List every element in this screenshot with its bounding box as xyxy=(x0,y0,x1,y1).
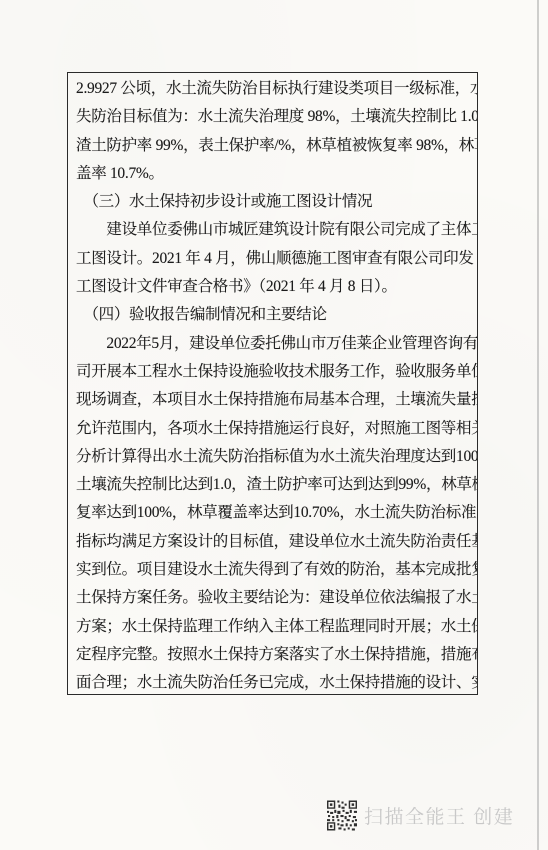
document-line: 土壤流失控制比达到1.0，渣土防护率可达到达到99%，林草植被恢 xyxy=(76,471,470,499)
document-line: 现场调查，本项目水土保持措施布局基本合理，土壤流失量控制在 xyxy=(76,386,470,414)
document-text-box: 2.9927 公顷，水土流失防治目标执行建设类项目一级标准，水土流 失防治目标值… xyxy=(67,72,478,695)
document-line: 司开展本工程水土保持设施验收技术服务工作，验收服务单位通过 xyxy=(76,358,470,386)
document-line: 盖率 10.7%。 xyxy=(76,160,470,188)
document-line: 工图设计。2021 年 4 月，佛山顺德施工图审查有限公司印发《施 xyxy=(76,245,470,273)
document-line: 复率达到100%，林草覆盖率达到10.70%，水土流失防治标准六项 xyxy=(76,499,470,527)
document-line: 分析计算得出水土流失防治指标值为水土流失治理度达到100%， xyxy=(76,443,470,471)
scanned-document-page: 2.9927 公顷，水土流失防治目标执行建设类项目一级标准，水土流 失防治目标值… xyxy=(0,0,548,850)
document-line: 允许范围内，各项水土保持措施运行良好，对照施工图等相关资料， xyxy=(76,415,470,443)
document-line: 土保持方案任务。验收主要结论为：建设单位依法编报了水土保持 xyxy=(76,584,470,612)
watermark-label: 扫描全能王 创建 xyxy=(364,802,514,829)
document-line: 失防治目标值为：水土流失治理度 98%，土壤流失控制比 1.0， xyxy=(76,103,470,131)
document-line: 建设单位委佛山市城匠建筑设计院有限公司完成了主体工程施 xyxy=(76,216,470,244)
document-line: 指标均满足方案设计的目标值，建设单位水土流失防治责任基本落 xyxy=(76,528,470,556)
document-line: （三）水土保持初步设计或施工图设计情况 xyxy=(76,188,470,216)
document-line: 实到位。项目建设水土流失得到了有效的防治，基本完成批复的水 xyxy=(76,556,470,584)
scanner-watermark: 扫描全能王 创建 xyxy=(327,800,514,831)
document-line: 渣土防护率 99%，表土保护率/%，林草植被恢复率 98%，林草覆 xyxy=(76,132,470,160)
scan-edge-shadow xyxy=(537,0,539,850)
document-line: 2022年5月，建设单位委托佛山市万佳莱企业管理咨询有限公 xyxy=(76,330,470,358)
qr-code-icon xyxy=(327,800,357,831)
document-line: 定程序完整。按照水土保持方案落实了水土保持措施，措施布局全 xyxy=(76,641,470,669)
document-line: 工图设计文件审查合格书》（2021 年 4 月 8 日）。 xyxy=(76,273,470,301)
document-line: 方案；水土保持监理工作纳入主体工程监理同时开展；水土保持法 xyxy=(76,613,470,641)
document-line: （四）验收报告编制情况和主要结论 xyxy=(76,301,470,329)
document-line: 面合理；水土流失防治任务已完成，水土保持措施的设计、实施符 xyxy=(76,669,470,695)
document-line: 2.9927 公顷，水土流失防治目标执行建设类项目一级标准，水土流 xyxy=(76,75,470,103)
